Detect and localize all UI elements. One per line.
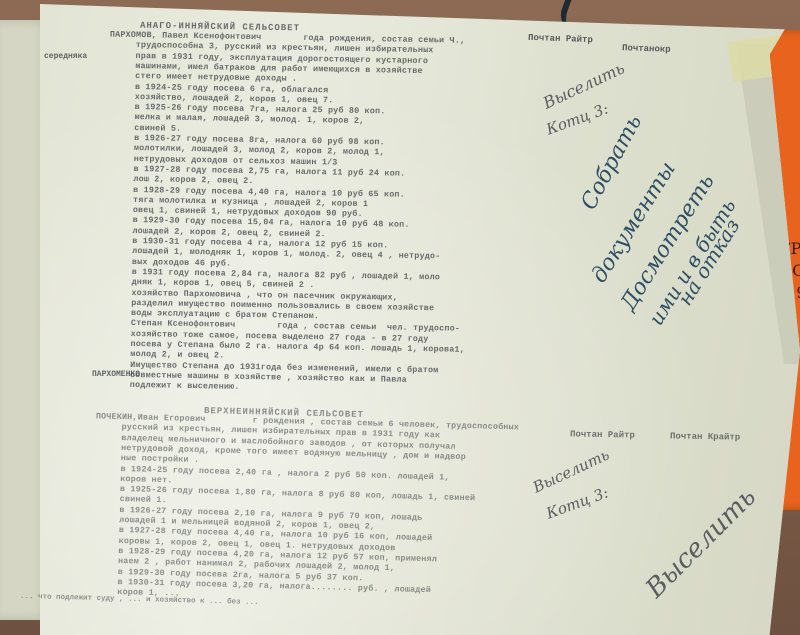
section1-second-person: ПАРХОМЕНКО bbox=[92, 370, 140, 379]
section2-signature-label-2: Почтан Крайтр bbox=[670, 431, 740, 442]
typed-line: подлежит к выселению. bbox=[130, 380, 240, 392]
section2-signature-label-1: Почтан Райтр bbox=[570, 429, 635, 440]
section1-signature-label-2: Почтанокр bbox=[622, 43, 671, 55]
section1-margin-note: середняка bbox=[44, 52, 87, 61]
